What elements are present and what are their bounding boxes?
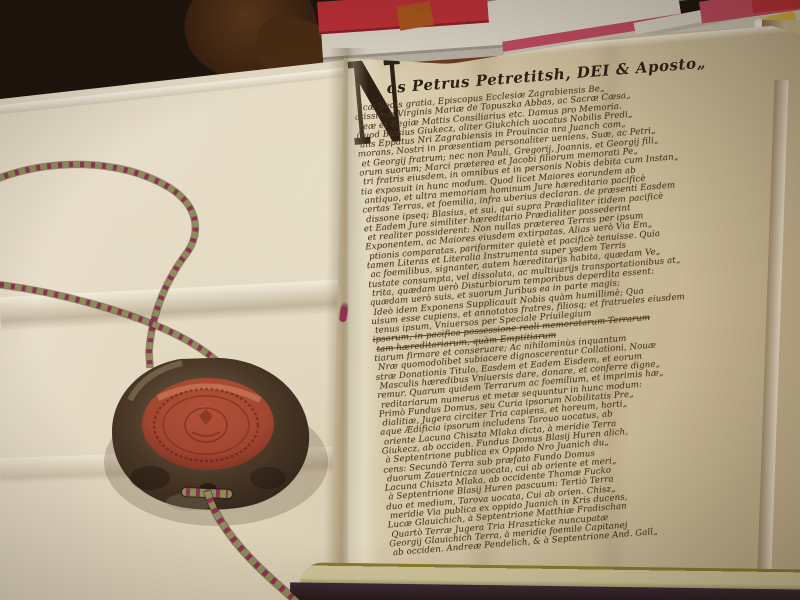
manuscript-text-block: os Petrus Petretitsh, DEI & Aposto„ licæ… — [352, 44, 800, 559]
photograph-of-manuscript-charter: N os Petrus Petretitsh, DEI & Aposto„ li… — [0, 0, 800, 600]
charter-body-lines: licæ Sedis gratia, Episcopus Ecclesiæ Za… — [354, 67, 800, 559]
